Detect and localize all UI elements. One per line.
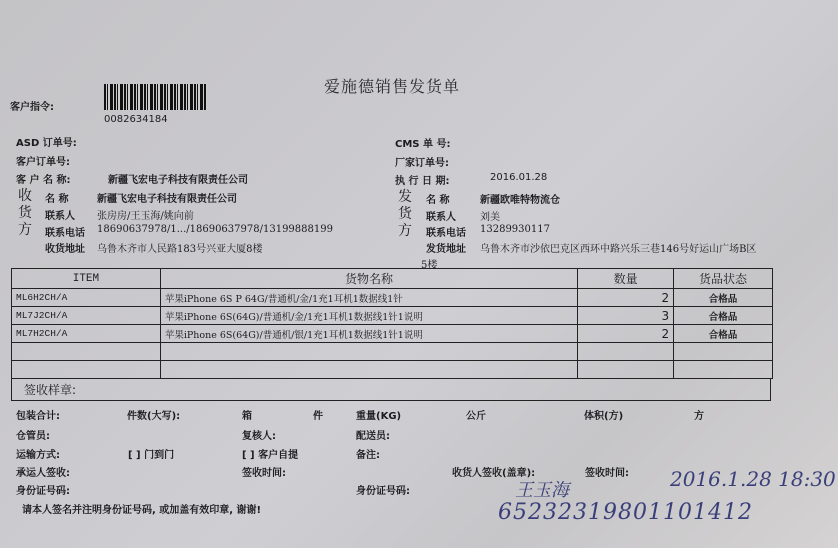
cell-name bbox=[160, 343, 577, 361]
cell-qty bbox=[578, 361, 674, 379]
customer-pickup-option[interactable]: [ ] 客户自提 bbox=[242, 446, 298, 461]
cell-name bbox=[160, 361, 577, 379]
kg-unit: 公斤 bbox=[466, 407, 486, 422]
col-name: 货物名称 bbox=[160, 269, 577, 289]
cell-name: 苹果iPhone 6S P 64G/普通机/金/1充1耳机1数据线1针 bbox=[160, 289, 577, 307]
consignee-time-label: 签收时间: bbox=[585, 464, 629, 479]
shipper-address-value: 乌鲁木齐市沙依巴克区西环中路兴乐三巷146号好运山广场B区 bbox=[480, 240, 756, 255]
table-row bbox=[12, 343, 773, 361]
receiver-phone-label: 联系电话 bbox=[45, 224, 85, 239]
cms-label: CMS 单 号: bbox=[395, 135, 450, 150]
cell-name: 苹果iPhone 6S(64G)/普通机/银/1充1耳机1数据线1针1说明 bbox=[160, 325, 577, 343]
reviewer-label: 复核人: bbox=[242, 427, 276, 442]
volume-label: 体积(方) bbox=[584, 407, 623, 422]
cell-item: ML7H2CH/A bbox=[12, 325, 161, 343]
pieces-label: 件数(大写): bbox=[127, 407, 180, 422]
customer-name-label: 客 户 名 称: bbox=[16, 171, 70, 186]
cell-status: 合格品 bbox=[674, 325, 773, 343]
carrier-sign-time-label: 签收时间: bbox=[242, 464, 286, 479]
id-number-label-right: 身份证号码: bbox=[356, 482, 410, 497]
cell-status bbox=[674, 343, 773, 361]
factory-order-label: 厂家订单号: bbox=[395, 154, 449, 169]
cell-item bbox=[12, 361, 161, 379]
door-to-door-option[interactable]: [ ] 门到门 bbox=[128, 446, 174, 461]
cell-qty: 2 bbox=[578, 289, 674, 307]
receiver-name-value: 新疆飞宏电子科技有限责任公司 bbox=[97, 190, 237, 205]
receiver-name-label: 名 称 bbox=[45, 190, 68, 205]
customer-name-value: 新疆飞宏电子科技有限责任公司 bbox=[108, 171, 248, 186]
receiver-phone-value: 18690637978/1.../18690637978/13199888199 bbox=[97, 224, 333, 235]
document-title: 爱施德销售发货单 bbox=[324, 74, 460, 97]
goods-table: ITEM 货物名称 数量 货品状态 ML6H2CH/A苹果iPhone 6S P… bbox=[11, 268, 773, 379]
col-item: ITEM bbox=[12, 269, 161, 289]
col-status: 货品状态 bbox=[674, 269, 773, 289]
table-row: ML6H2CH/A苹果iPhone 6S P 64G/普通机/金/1充1耳机1数… bbox=[12, 289, 773, 307]
deliverer-label: 配送员: bbox=[356, 427, 390, 442]
cell-status: 合格品 bbox=[674, 289, 773, 307]
table-row: ML7J2CH/A苹果iPhone 6S(64G)/普通机/金/1充1耳机1数据… bbox=[12, 307, 773, 325]
box-label: 箱 bbox=[242, 407, 252, 422]
handwritten-signature: 王玉海 bbox=[515, 476, 569, 502]
weight-label: 重量(KG) bbox=[356, 407, 401, 422]
table-row bbox=[12, 361, 773, 379]
table-header-row: ITEM 货物名称 数量 货品状态 bbox=[12, 269, 773, 289]
package-total-label: 包装合计: bbox=[16, 407, 60, 422]
receiver-contact-value: 张房房/王玉海/姚向前 bbox=[97, 207, 194, 222]
barcode bbox=[104, 84, 207, 110]
cell-qty: 2 bbox=[578, 325, 674, 343]
sign-stamp-box: 签收样章: bbox=[11, 378, 771, 401]
shipper-phone-label: 联系电话 bbox=[426, 224, 466, 239]
cell-name: 苹果iPhone 6S(64G)/普通机/金/1充1耳机1数据线1针1说明 bbox=[160, 307, 577, 325]
handwritten-id-number: 65232319801101412 bbox=[498, 500, 753, 525]
shipper-address-label: 发货地址 bbox=[426, 240, 466, 255]
piece-label: 件 bbox=[313, 407, 323, 422]
barcode-number: 0082634184 bbox=[104, 114, 168, 125]
id-number-label-left: 身份证号码: bbox=[16, 482, 70, 497]
cell-status bbox=[674, 361, 773, 379]
exec-date-value: 2016.01.28 bbox=[490, 172, 547, 183]
cell-item: ML6H2CH/A bbox=[12, 289, 161, 307]
table-row: ML7H2CH/A苹果iPhone 6S(64G)/普通机/银/1充1耳机1数据… bbox=[12, 325, 773, 343]
shipper-contact-label: 联系人 bbox=[426, 208, 456, 223]
remark-label: 备注: bbox=[356, 446, 380, 461]
exec-date-label: 执 行 日 期: bbox=[395, 172, 449, 187]
receiver-side-3: 方 bbox=[18, 219, 32, 239]
customer-instruction-label: 客户指令: bbox=[10, 98, 54, 113]
handwritten-sign-time: 2016.1.28 18:30 bbox=[670, 467, 836, 491]
customer-order-label: 客户订单号: bbox=[16, 153, 70, 168]
cell-status: 合格品 bbox=[674, 307, 773, 325]
notice-text: 请本人签名并注明身份证号码, 或加盖有效印章, 谢谢! bbox=[22, 501, 261, 516]
col-qty: 数量 bbox=[578, 269, 674, 289]
transport-label: 运输方式: bbox=[16, 446, 60, 461]
receiver-address-label: 收货地址 bbox=[45, 240, 85, 255]
cell-item: ML7J2CH/A bbox=[12, 307, 161, 325]
asd-order-label: ASD 订单号: bbox=[16, 134, 77, 149]
shipper-name-label: 名 称 bbox=[426, 191, 449, 206]
warehouse-keeper-label: 仓管员: bbox=[16, 427, 50, 442]
sign-stamp-label: 签收样章: bbox=[24, 381, 76, 398]
volume-unit: 方 bbox=[694, 407, 704, 422]
shipper-side-3: 方 bbox=[398, 220, 412, 240]
carrier-sign-label: 承运人签收: bbox=[16, 464, 70, 479]
shipper-name-value: 新疆欧唯特物流仓 bbox=[480, 191, 560, 206]
shipper-phone-value: 13289930117 bbox=[480, 224, 550, 235]
receiver-contact-label: 联系人 bbox=[45, 207, 75, 222]
receiver-address-value: 乌鲁木齐市人民路183号兴亚大厦8楼 bbox=[97, 240, 262, 255]
cell-item bbox=[12, 343, 161, 361]
cell-qty bbox=[578, 343, 674, 361]
cell-qty: 3 bbox=[578, 307, 674, 325]
shipper-contact-value: 刘美 bbox=[480, 208, 500, 223]
